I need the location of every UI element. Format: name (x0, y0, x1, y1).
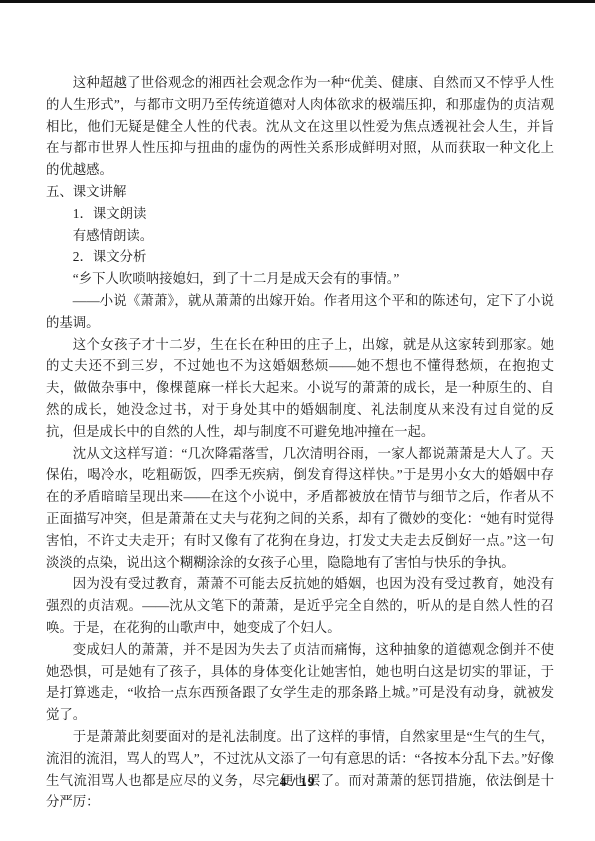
paragraph-no-education: 因为没有受过教育，萧萧不可能去反抗她的婚姻，也因为没有受过教育，她没有强烈的贞洁… (46, 573, 554, 638)
paragraph-becoming-woman: 变成妇人的萧萧，并不是因为失去了贞洁而痛悔，这种抽象的道德观念倒并不使她恐惧，可… (46, 639, 554, 726)
paragraph-xiangxi-worldview: 这种超越了世俗观念的湘西社会观念作为一种“优美、健康、自然而又不悖乎人性的人生形… (46, 72, 554, 181)
paragraph-novel-opening: ——小说《萧萧》，就从萧萧的出嫁开始。作者用这个平和的陈述句，定下了小说的基调。 (46, 290, 554, 334)
page-top-border (0, 0, 595, 3)
paragraph-ritual-law: 于是萧萧此刻要面对的是礼法制度。出了这样的事情，自然家里是“生气的生气，流泪的流… (46, 726, 554, 813)
section-heading-lesson-explanation: 五、课文讲解 (46, 181, 554, 203)
quote-opening-line: “乡下人吹唢呐接媳妇，到了十二月是成天会有的事情。” (46, 268, 554, 290)
page-number: 4 / 19 (0, 774, 595, 790)
document-body: 这种超越了世俗观念的湘西社会观念作为一种“优美、健康、自然而又不悖乎人性的人生形… (46, 72, 554, 813)
list-item-text-analysis: 2．课文分析 (46, 246, 554, 268)
paragraph-girl-marriage: 这个女孩子才十二岁，生在长在种田的庄子上，出嫁，就是从这家转到那家。她的丈夫还不… (46, 334, 554, 443)
list-item-text-reading: 1．课文朗读 (46, 203, 554, 225)
paragraph-shencongwen-quote: 沈从文这样写道：“几次降霜落雪，几次清明谷雨，一家人都说萧萧是大人了。天保佑，喝… (46, 443, 554, 574)
paragraph-reading-instruction: 有感情朗读。 (46, 225, 554, 247)
